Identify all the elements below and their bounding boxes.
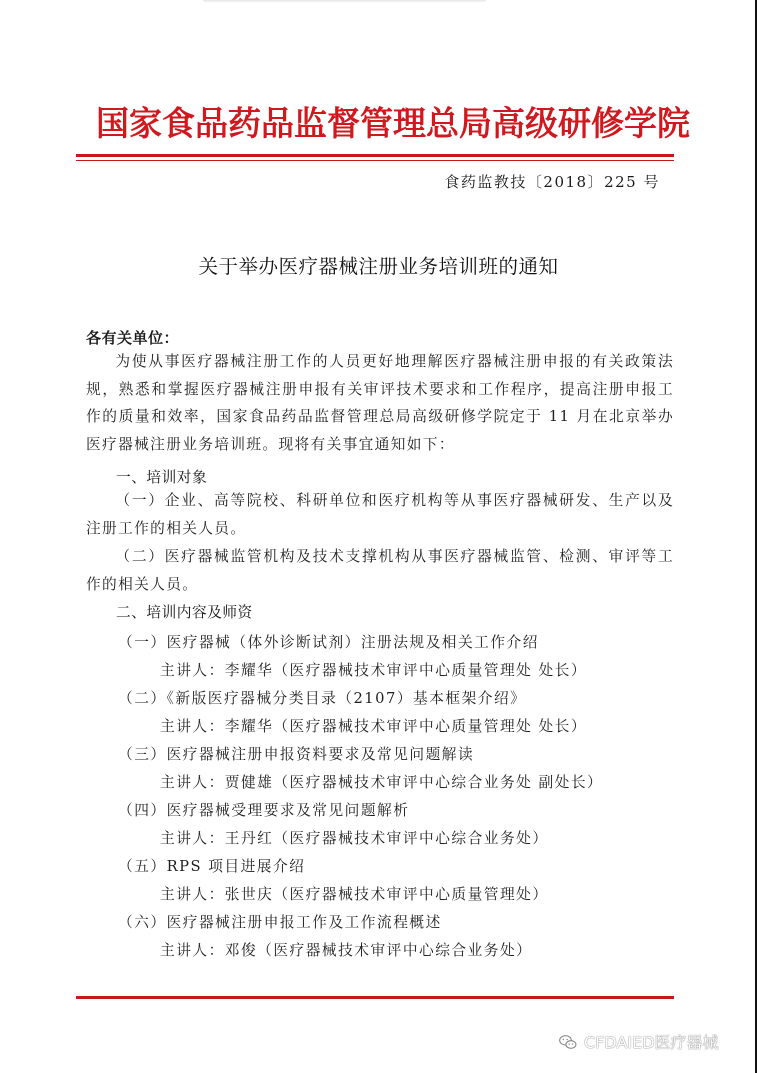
course-topic-3: （三）医疗器械注册申报资料要求及常见问题解读 — [118, 743, 474, 764]
section-heading-content: 二、培训内容及师资 — [116, 601, 253, 622]
masthead-rule-thin — [76, 160, 674, 161]
course-speaker-4: 主讲人：王丹红（医疗器械技术审评中心综合业务处） — [160, 827, 549, 848]
document-number: 食药监教技〔2018〕225 号 — [444, 171, 660, 192]
course-topic-4: （四）医疗器械受理要求及常见问题解析 — [118, 799, 409, 820]
course-speaker-1: 主讲人：李耀华（医疗器械技术审评中心质量管理处 处长） — [160, 659, 587, 680]
masthead-rule-thick — [76, 154, 674, 157]
watermark-text: CFDAIED医疗器械 — [584, 1030, 719, 1053]
course-topic-1: （一）医疗器械（体外诊断试剂）注册法规及相关工作介绍 — [118, 631, 539, 652]
notice-title: 关于举办医疗器械注册业务培训班的通知 — [0, 251, 757, 279]
top-shadow — [203, 0, 486, 3]
wechat-icon — [558, 1032, 578, 1052]
footer-rule — [76, 996, 674, 999]
course-speaker-2: 主讲人：李耀华（医疗器械技术审评中心质量管理处 处长） — [160, 715, 587, 736]
intro-paragraph: 为使从事医疗器械注册工作的人员更好地理解医疗器械注册申报的有关政策法规，熟悉和掌… — [86, 348, 674, 458]
institution-masthead: 国家食品药品监督管理总局高级研修学院 — [96, 98, 667, 150]
course-topic-6: （六）医疗器械注册申报工作及工作流程概述 — [118, 911, 442, 932]
course-speaker-6: 主讲人：邓俊（医疗器械技术审评中心综合业务处） — [160, 939, 532, 960]
course-topic-2: （二）《新版医疗器械分类目录（2107）基本框架介绍》 — [118, 687, 526, 708]
course-speaker-3: 主讲人：贾健雄（医疗器械技术审评中心综合业务处 副处长） — [160, 771, 603, 792]
section-heading-trainees: 一、培训对象 — [116, 466, 207, 487]
course-topic-5: （五）RPS 项目进展介绍 — [118, 855, 305, 876]
course-speaker-5: 主讲人：张世庆（医疗器械技术审评中心质量管理处） — [160, 883, 549, 904]
trainee-paragraph-2: （二）医疗器械监管机构及技术支撑机构从事医疗器械监管、检测、审评等工作的相关人员… — [86, 543, 674, 598]
wechat-watermark: CFDAIED医疗器械 — [558, 1030, 719, 1053]
salutation: 各有关单位： — [86, 327, 179, 348]
trainee-paragraph-1: （一）企业、高等院校、科研单位和医疗机构等从事医疗器械研发、生产以及注册工作的相… — [86, 487, 674, 542]
